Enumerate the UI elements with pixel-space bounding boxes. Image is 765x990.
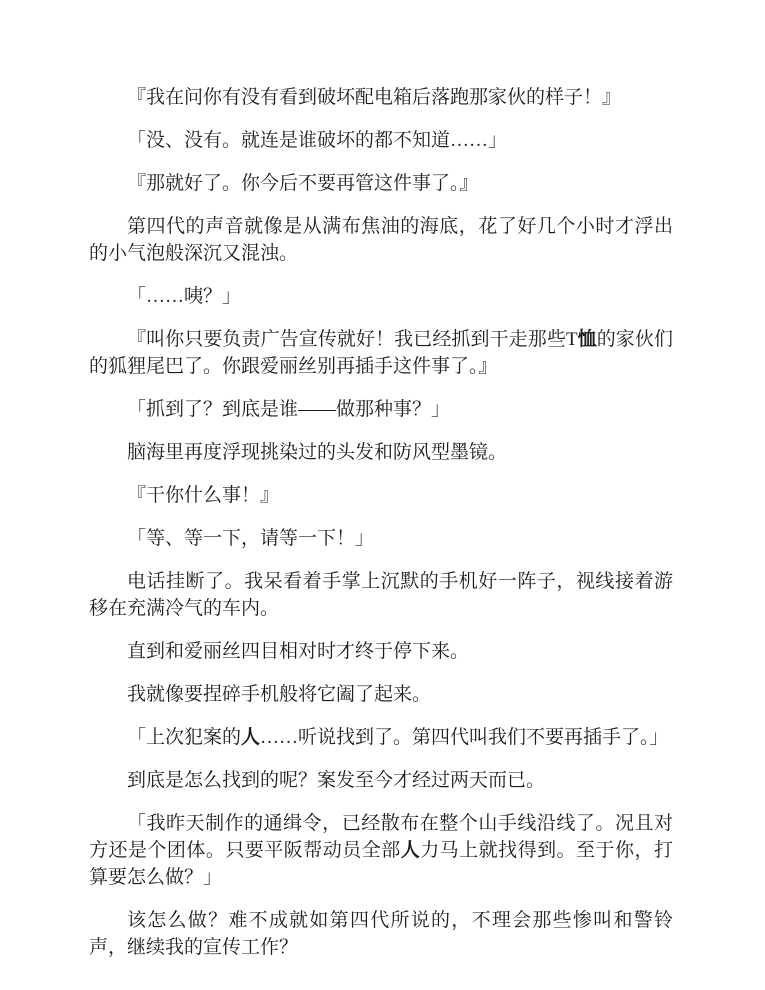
text-segment-bold: 人 xyxy=(241,726,260,748)
text-segment: 「……咦？」 xyxy=(127,286,241,307)
text-segment: 「等、等一下，请等一下！」 xyxy=(127,528,374,549)
text-segment: 「上次犯案的 xyxy=(127,727,241,748)
text-segment: ……听说找到了。第四代叫我们不要再插手了。」 xyxy=(260,727,669,748)
paragraph: 到底是怎么找到的呢？案发至今才经过两天而已。 xyxy=(89,767,673,794)
paragraph: 第四代的声音就像是从满布焦油的海底，花了好几个小时才浮出的小气泡般深沉又混浊。 xyxy=(89,213,673,267)
text-segment: 我就像要捏碎手机般将它阖了起来。 xyxy=(127,684,431,705)
text-segment: 「没、没有。就连是谁破坏的都不知道……」 xyxy=(127,130,507,151)
paragraph: 「我昨天制作的通缉令，已经散布在整个山手线沿线了。况且对方还是个团体。只要平阪帮… xyxy=(89,810,673,891)
paragraph: 「……咦？」 xyxy=(89,283,673,310)
paragraph: 『我在问你有没有看到破坏配电箱后落跑那家伙的样子！』 xyxy=(89,84,673,111)
text-segment: 『干你什么事！』 xyxy=(127,485,279,506)
paragraph: 该怎么做？难不成就如第四代所说的，不理会那些惨叫和警铃声，继续我的宣传工作？ xyxy=(89,907,673,961)
paragraph: 『干你什么事！』 xyxy=(89,482,673,509)
paragraph: 电话挂断了。我呆看着手掌上沉默的手机好一阵子，视线接着游移在充满冷气的车内。 xyxy=(89,568,673,622)
text-segment: 该怎么做？难不成就如第四代所说的，不理会那些惨叫和警铃声，继续我的宣传工作？ xyxy=(89,910,673,958)
paragraph: 『那就好了。你今后不要再管这件事了。』 xyxy=(89,170,673,197)
text-segment: 『那就好了。你今后不要再管这件事了。』 xyxy=(127,173,479,194)
text-segment: 『叫你只要负责广告宣传就好！我已经抓到干走那些T xyxy=(127,329,578,350)
paragraph: 直到和爱丽丝四目相对时才终于停下来。 xyxy=(89,638,673,665)
ebook-page: 『我在问你有没有看到破坏配电箱后落跑那家伙的样子！』「没、没有。就连是谁破坏的都… xyxy=(0,0,765,990)
text-segment: 直到和爱丽丝四目相对时才终于停下来。 xyxy=(127,641,469,662)
text-segment: 电话挂断了。我呆看着手掌上沉默的手机好一阵子，视线接着游移在充满冷气的车内。 xyxy=(89,571,673,619)
paragraph: 「等、等一下，请等一下！」 xyxy=(89,525,673,552)
paragraph: 「上次犯案的人……听说找到了。第四代叫我们不要再插手了。」 xyxy=(89,724,673,751)
text-segment: 脑海里再度浮现挑染过的头发和防风型墨镜。 xyxy=(127,442,507,463)
text-segment: 第四代的声音就像是从满布焦油的海底，花了好几个小时才浮出的小气泡般深沉又混浊。 xyxy=(89,216,673,264)
text-block: 『我在问你有没有看到破坏配电箱后落跑那家伙的样子！』「没、没有。就连是谁破坏的都… xyxy=(89,84,673,961)
paragraph: 脑海里再度浮现挑染过的头发和防风型墨镜。 xyxy=(89,439,673,466)
text-segment: 到底是怎么找到的呢？案发至今才经过两天而已。 xyxy=(127,770,545,791)
text-segment: 「抓到了？到底是谁——做那种事？」 xyxy=(127,399,450,420)
text-segment-bold: 人 xyxy=(401,839,420,861)
paragraph: 我就像要捏碎手机般将它阖了起来。 xyxy=(89,681,673,708)
paragraph: 「没、没有。就连是谁破坏的都不知道……」 xyxy=(89,127,673,154)
paragraph: 『叫你只要负责广告宣传就好！我已经抓到干走那些T恤的家伙们的狐狸尾巴了。你跟爱丽… xyxy=(89,326,673,380)
text-segment: 『我在问你有没有看到破坏配电箱后落跑那家伙的样子！』 xyxy=(127,87,621,108)
paragraph: 「抓到了？到底是谁——做那种事？」 xyxy=(89,396,673,423)
text-segment-bold: 恤 xyxy=(578,328,597,350)
